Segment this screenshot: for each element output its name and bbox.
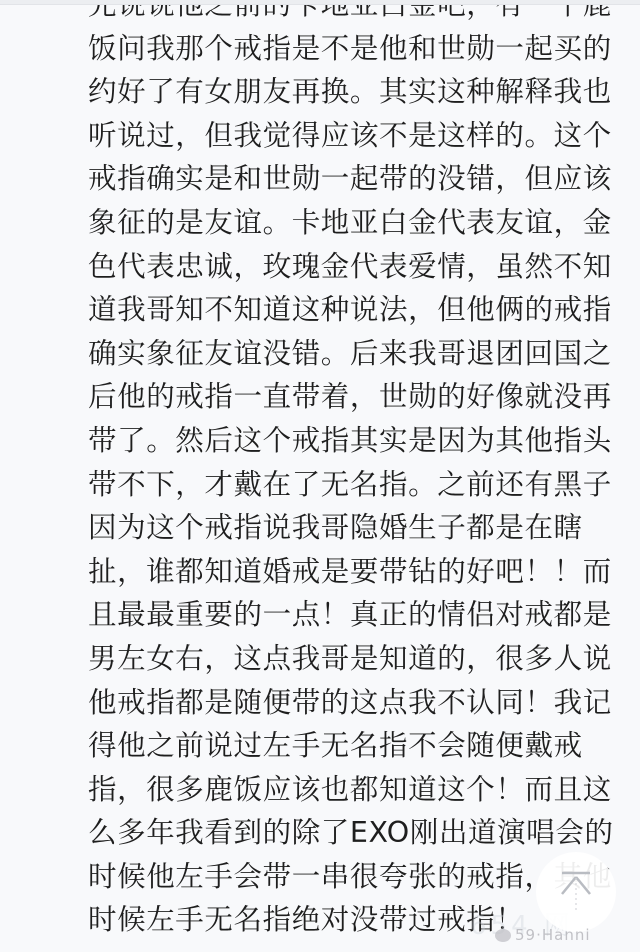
article-line: 带了。然后这个戒指其实是因为其他指头 (88, 419, 588, 463)
article-line: 因为这个戒指说我哥隐婚生子都是在瞎 (88, 506, 588, 550)
article-line: 男左女右，这点我哥是知道的，很多人说 (88, 637, 588, 681)
weibo-logo-icon (495, 929, 511, 942)
article-line: 约好了有女朋友再换。其实这种解释我也 (88, 70, 588, 114)
article-line: 确实象征友谊没错。后来我哥退团回国之 (88, 332, 588, 376)
article-line: 指，很多鹿饭应该也都知道这个！而且这 (88, 768, 588, 812)
article-line: 道我哥知不知道这种说法，但他俩的戒指 (88, 288, 588, 332)
article-line: 么多年我看到的除了EXO刚出道演唱会的 (88, 811, 588, 855)
article-line: 听说过，但我觉得应该不是这样的。这个 (88, 114, 588, 158)
article-line: 戒指确实是和世勋一起带的没错，但应该 (88, 157, 588, 201)
article-line: 饭问我那个戒指是不是他和世勋一起买的 (88, 27, 588, 71)
article-line: 得他之前说过左手无名指不会随便戴戒 (88, 724, 588, 768)
article-line: 色代表忠诚，玫瑰金代表爱情，虽然不知 (88, 245, 588, 289)
article-line: 且最最重要的一点！真正的情侣对戒都是 (88, 593, 588, 637)
article-page: 先说说他之前的卡地亚白金吧，有一个鹿 饭问我那个戒指是不是他和世勋一起买的 约好… (0, 0, 640, 952)
article-line: 扯，谁都知道婚戒是要带钻的好吧！！而 (88, 550, 588, 594)
article-body: 先说说他之前的卡地亚白金吧，有一个鹿 饭问我那个戒指是不是他和世勋一起买的 约好… (88, 0, 588, 942)
watermark-text: 59·Hanni (515, 926, 591, 944)
arrow-up-to-line-icon (556, 870, 596, 914)
article-line: 时候他左手会带一串很夸张的戒指，其他 (88, 855, 588, 899)
article-line: 他戒指都是随便带的这点我不认同！我记 (88, 681, 588, 725)
weibo-watermark: 59·Hanni (495, 926, 591, 944)
article-line: 象征的是友谊。卡地亚白金代表友谊，金 (88, 201, 588, 245)
scroll-to-top-button[interactable] (536, 852, 616, 932)
article-line: 带不下，才戴在了无名指。之前还有黑子 (88, 463, 588, 507)
article-line: 后他的戒指一直带着，世勋的好像就没再 (88, 375, 588, 419)
top-divider (0, 0, 640, 5)
